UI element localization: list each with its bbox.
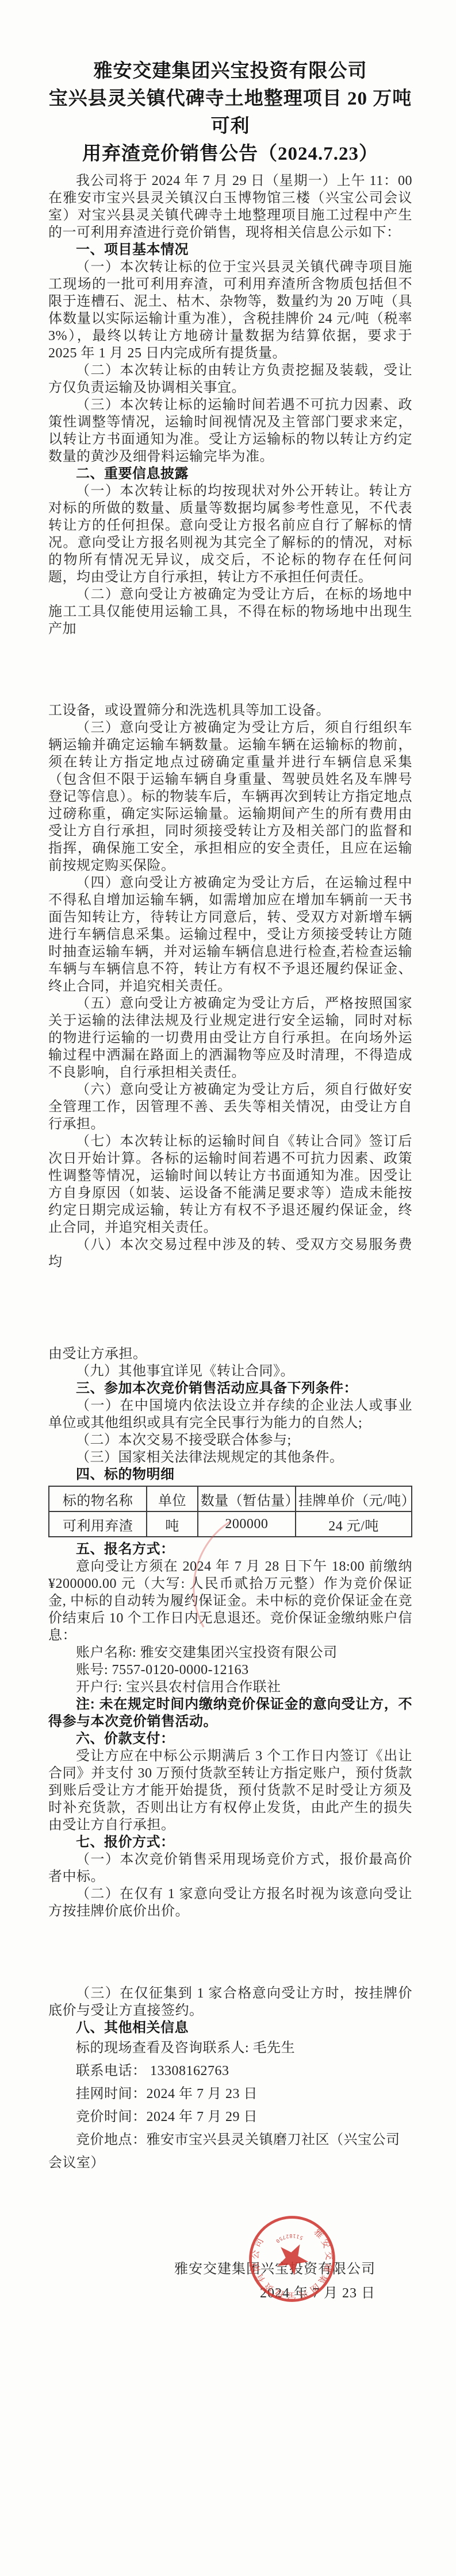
section-2-item-8-part2: 由受让方承担。 [48,1345,412,1363]
cell-price: 24 元/吨 [296,1511,412,1537]
section-3-item-1: （一）在中国境内依法设立并存续的企业法人或事业单位或其他组织或具有完全民事行为能… [48,1397,412,1432]
signature-block: 雅安交建集团兴宝投资有限公司 2024 年 7 月 23 日 [48,2257,375,2305]
title-line-1: 雅安交建集团兴宝投资有限公司 [48,57,412,85]
section-5-heading: 五、报名方式： [48,1541,412,1558]
title-line-2: 宝兴县灵关镇代碑寺土地整理项目 20 万吨可利 [48,85,412,140]
title-line-3: 用弃渣竞价销售公告（2024.7.23） [48,140,412,168]
table-header-price: 挂牌单价（元/吨） [296,1486,412,1511]
section-5-body: 意向受让方须在 2024 年 7 月 28 日下午 18:00 前缴纳 ¥200… [48,1558,412,1644]
document-title: 雅安交建集团兴宝投资有限公司 宝兴县灵关镇代碑寺土地整理项目 20 万吨可利 用… [48,57,412,168]
section-6-body: 受让方应在中标公示期满后 3 个工作日内签订《出让合同》并支付 30 万预付货款… [48,1748,412,1834]
section-3-heading: 三、参加本次竞价销售活动应具备下列条件： [48,1380,412,1397]
bidding-time-line: 竞价时间：2024 年 7 月 29 日 [48,2105,412,2128]
cell-quantity: 200000 [198,1511,296,1537]
section-6-heading: 六、价款支付： [48,1730,412,1748]
section-7-item-1: （一）本次竞价销售采用现场竞价方式，报价最高价者中标。 [48,1851,412,1885]
section-2-heading: 二、重要信息披露 [48,465,412,483]
phone-line: 联系电话： 13308162763 [48,2060,412,2083]
section-7-item-2: （二）在仅有 1 家意向受让方报名时视为该意向受让方按挂牌价底价出价。 [48,1885,412,1920]
signature-date: 2024 年 7 月 23 日 [48,2281,375,2305]
cell-item-name: 可利用弃渣 [49,1511,147,1537]
publish-time-line: 挂网时间：2024 年 7 月 23 日 [48,2083,412,2105]
page-3: 由受让方承担。 （九）其他事宜详见《转让合同》。 三、参加本次竞价销售活动应具备… [0,1345,456,1920]
table-header-row: 标的物名称 单位 数量（暂估量） 挂牌单价（元/吨） [49,1486,412,1511]
bank-line: 开户行: 宝兴县农村信用合作联社 [48,1679,412,1696]
section-2-item-2-part1: （二）意向受让方被确定为受让方后，在标的场地中施工工具仅能使用运输工具，不得在标… [48,586,412,638]
cell-unit: 吨 [147,1511,197,1537]
section-2-item-8-part1: （八）本次交易过程中涉及的转、受双方交易服务费均 [48,1236,412,1271]
table-header-item-name: 标的物名称 [49,1486,147,1511]
bidding-location-line: 竞价地点：雅安市宝兴县灵关镇磨刀社区（兴宝公司会议室） [48,2128,412,2174]
section-7-item-3: （三）在仅征集到 1 家合格意向受让方时，按挂牌价底价与受让方直接签约。 [48,1985,412,2019]
section-1-item-3: （三）本次转让标的运输时间若遇不可抗力因素、政策性调整等情况，运输时间视情况及主… [48,396,412,465]
intro-paragraph: 我公司将于 2024 年 7 月 29 日（星期一）上午 11：00 在雅安市宝… [48,172,412,241]
items-table: 标的物名称 单位 数量（暂估量） 挂牌单价（元/吨） 可利用弃渣 吨 20000… [48,1486,412,1537]
page-4: （三）在仅征集到 1 家合格意向受让方时，按挂牌价底价与受让方直接签约。 八、其… [0,1985,456,2305]
deposit-note: 注: 未在规定时间内缴纳竞价保证金的意向受让方，不得参与本次竞价销售活动。 [48,1696,412,1730]
account-name-line: 账户名称: 雅安交建集团兴宝投资有限公司 [48,1644,412,1661]
section-2-item-6: （六）意向受让方被确定为受让方后，须自行做好安全管理工作，因管理不善、丢失等相关… [48,1081,412,1133]
signature-company: 雅安交建集团兴宝投资有限公司 [48,2257,375,2281]
section-1-item-1: （一）本次转让标的位于宝兴县灵关镇代碑寺项目施工现场的一批可利用弃渣，可利用弃渣… [48,259,412,362]
table-header-quantity: 数量（暂估量） [198,1486,296,1511]
section-2-item-5: （五）意向受让方被确定为受让方后，严格按照国家关于运输的法律法规及行业规定进行安… [48,995,412,1081]
section-4-heading: 四、标的物明细 [48,1466,412,1483]
section-2-item-3: （三）意向受让方被确定为受让方后，须自行组织车辆运输并确定运输车辆数量。运输车辆… [48,719,412,874]
section-1-item-2: （二）本次转让标的由转让方负责挖掘及装载，受让方仅负责运输及协调相关事宜。 [48,362,412,396]
section-1-heading: 一、项目基本情况 [48,241,412,259]
table-header-unit: 单位 [147,1486,197,1511]
section-2-item-2-part2: 工设备，或设置筛分和洗选机具等加工设备。 [48,702,412,719]
table-row: 可利用弃渣 吨 200000 24 元/吨 [49,1511,412,1537]
page-2: 工设备，或设置筛分和洗选机具等加工设备。 （三）意向受让方被确定为受让方后，须自… [0,702,456,1271]
account-number-line: 账号: 7557-0120-0000-12163 [48,1661,412,1679]
announcement-document: 雅安交建集团兴宝投资有限公司 宝兴县灵关镇代碑寺土地整理项目 20 万吨可利 用… [0,0,456,2576]
section-3-item-2: （二）本次交易不接受联合体参与; [48,1432,412,1449]
contact-line: 标的现场查看及咨询联系人: 毛先生 [48,2037,412,2060]
page-1: 雅安交建集团兴宝投资有限公司 宝兴县灵关镇代碑寺土地整理项目 20 万吨可利 用… [0,57,456,638]
section-2-item-4: （四）意向受让方被确定为受让方后，在运输过程中不得私自增加运输车辆，如需增加应在… [48,874,412,995]
section-3-item-3: （三）国家相关法律法规规定的其他条件。 [48,1449,412,1466]
section-8-heading: 八、其他相关信息 [48,2019,412,2037]
section-2-item-1: （一）本次转让标的均按现状对外公开转让。转让方对标的所做的数量、质量等数据均属参… [48,483,412,586]
section-2-item-9: （九）其他事宜详见《转让合同》。 [48,1363,412,1380]
section-7-heading: 七、报价方式： [48,1834,412,1851]
section-2-item-7: （七）本次转让标的运输时间自《转让合同》签订后次日开始计算。各标的运输时间若遇不… [48,1133,412,1236]
